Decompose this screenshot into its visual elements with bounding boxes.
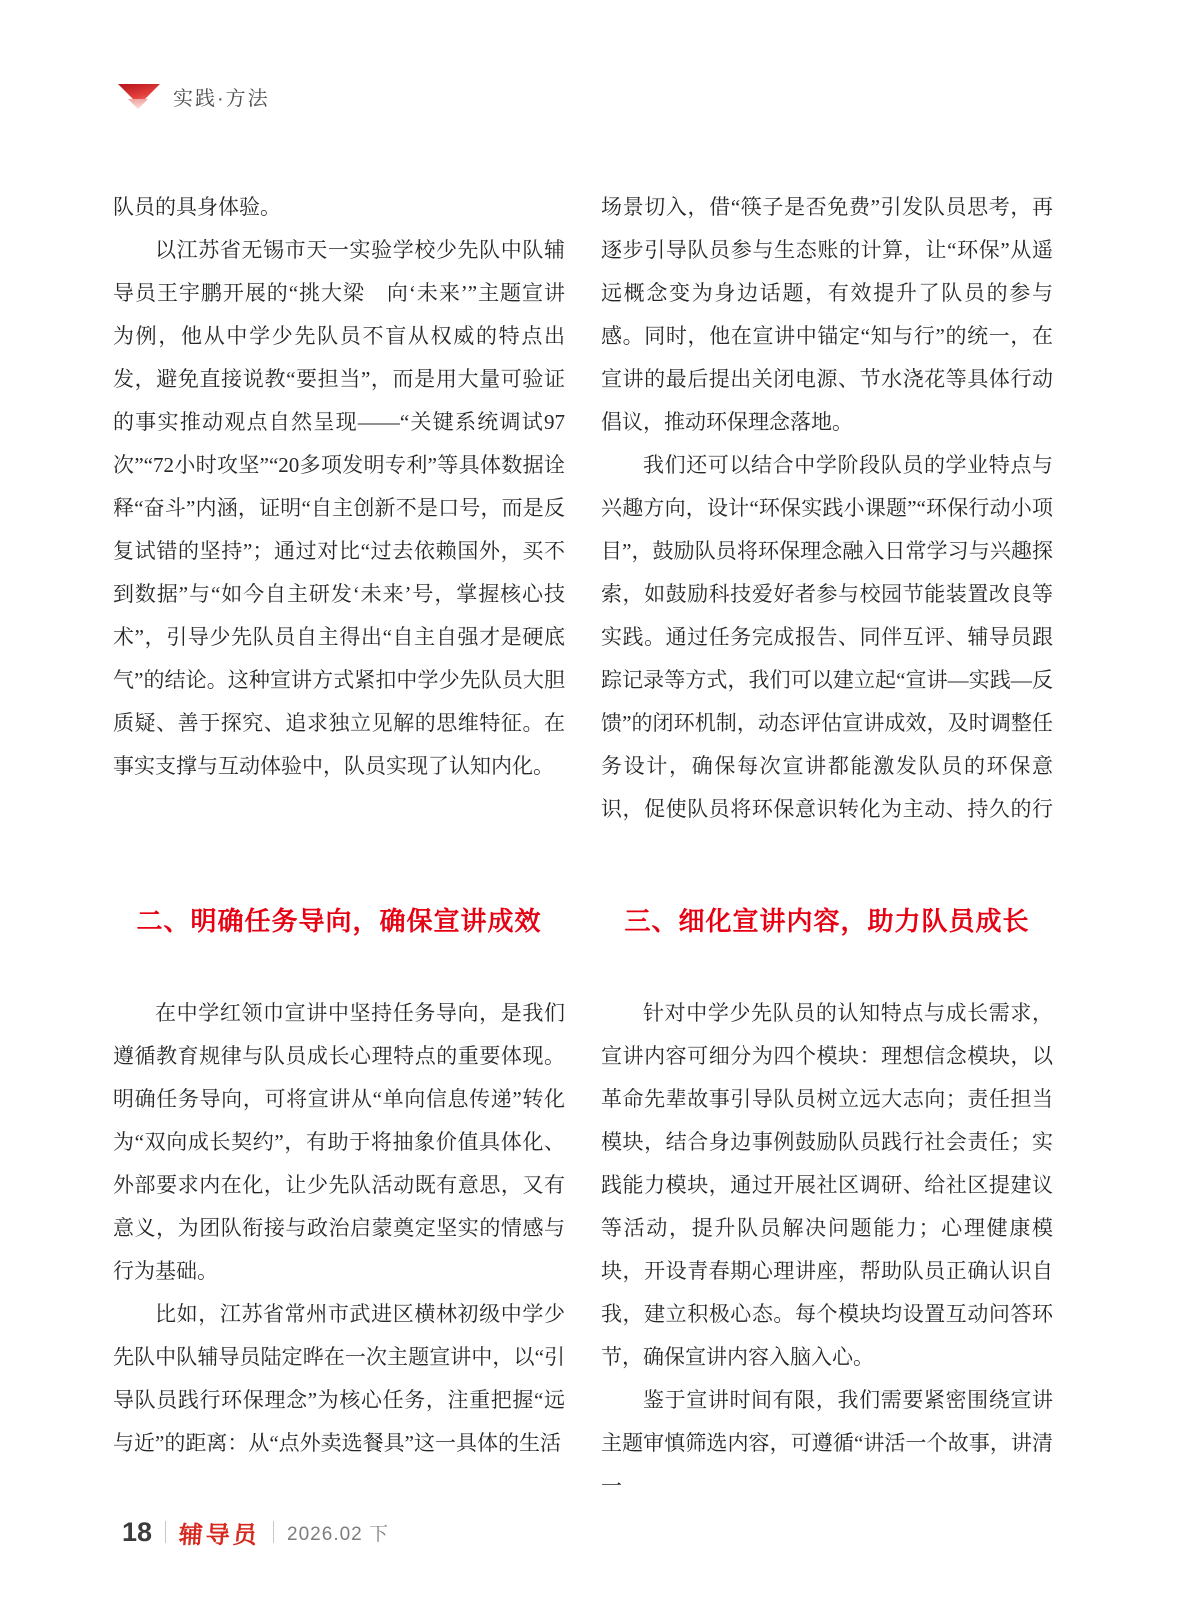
paragraph: 队员的具身体验。 <box>113 186 565 229</box>
paragraph: 以江苏省无锡市天一实验学校少先队中队辅导员王宇鹏开展的“挑大梁 向‘未来’”主题… <box>113 229 565 788</box>
column-left: 队员的具身体验。 以江苏省无锡市天一实验学校少先队中队辅导员王宇鹏开展的“挑大梁… <box>113 186 565 1465</box>
column-right: 场景切入，借“筷子是否免费”引发队员思考，再逐步引导队员参与生态账的计算，让“环… <box>601 186 1053 1508</box>
right-post-section: 针对中学少先队员的认知特点与成长需求，宣讲内容可细分为四个模块：理想信念模块，以… <box>601 992 1053 1508</box>
magazine-page: 实践·方法 队员的具身体验。 以江苏省无锡市天一实验学校少先队中队辅导员王宇鹏开… <box>0 0 1200 1616</box>
page-footer: 18 辅导员 2026.02 下 <box>122 1516 389 1548</box>
footer-divider <box>165 1521 166 1543</box>
paragraph: 针对中学少先队员的认知特点与成长需求，宣讲内容可细分为四个模块：理想信念模块，以… <box>601 992 1053 1379</box>
left-post-section: 在中学红领巾宣讲中坚持任务导向，是我们遵循教育规律与队员成长心理特点的重要体现。… <box>113 992 565 1465</box>
page-header: 实践·方法 <box>118 82 270 110</box>
section-heading-3: 三、细化宣讲内容，助力队员成长 <box>601 904 1053 938</box>
issue-label: 2026.02 下 <box>287 1519 389 1546</box>
red-triangle-icon <box>118 82 160 110</box>
left-pre-section: 队员的具身体验。 以江苏省无锡市天一实验学校少先队中队辅导员王宇鹏开展的“挑大梁… <box>113 186 565 831</box>
paragraph: 在中学红领巾宣讲中坚持任务导向，是我们遵循教育规律与队员成长心理特点的重要体现。… <box>113 992 565 1293</box>
footer-divider <box>273 1521 274 1543</box>
section-label: 实践·方法 <box>173 82 270 111</box>
page-number: 18 <box>122 1517 152 1548</box>
paragraph: 我们还可以结合中学阶段队员的学业特点与兴趣方向，设计“环保实践小课题”“环保行动… <box>601 444 1053 831</box>
magazine-logo: 辅导员 <box>178 1515 261 1550</box>
paragraph: 鉴于宣讲时间有限，我们需要紧密围绕宣讲主题审慎筛选内容，可遵循“讲活一个故事，讲… <box>601 1379 1053 1508</box>
right-pre-section: 场景切入，借“筷子是否免费”引发队员思考，再逐步引导队员参与生态账的计算，让“环… <box>601 186 1053 831</box>
paragraph: 场景切入，借“筷子是否免费”引发队员思考，再逐步引导队员参与生态账的计算，让“环… <box>601 186 1053 444</box>
paragraph: 比如，江苏省常州市武进区横林初级中学少先队中队辅导员陆定晔在一次主题宣讲中，以“… <box>113 1293 565 1465</box>
red-triangle-echo <box>128 99 148 109</box>
section-heading-2: 二、明确任务导向，确保宣讲成效 <box>113 904 565 938</box>
